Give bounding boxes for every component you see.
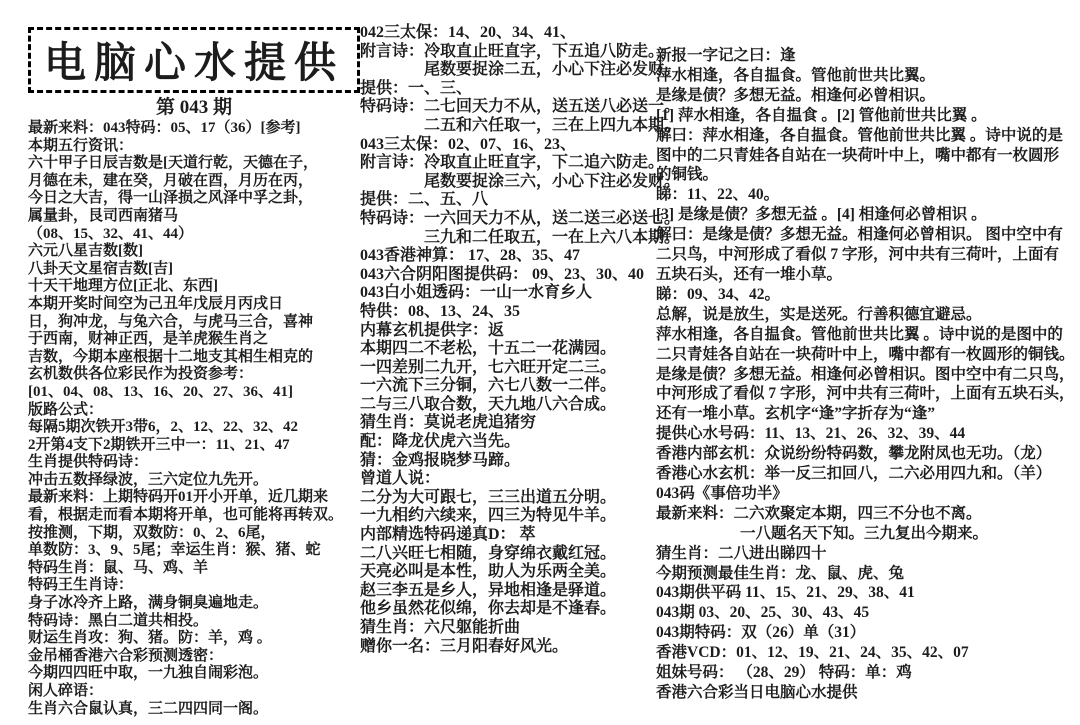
text-line: 二与三八取合数，天九地八六合成。 [360,396,670,415]
text-line: 附言诗：冷取直止旺直字，下五追八防走。 [360,43,670,62]
text-line: 睇：11、22、40。 [656,185,1080,205]
text-line: 特码王生肖诗： [28,577,360,595]
text-line: 本期四二不老松，十五二一花满园。 [360,340,670,359]
text-line: 解曰：萍水相逢，各自揾食。管他前世共比翼 。诗中说的是 [656,126,1080,146]
text-line: 五块石头，还有一堆小草。 [656,265,1080,285]
text-line: 香港内部玄机：众说纷纷特码数，攀龙附凤也无功。（龙） [656,444,1080,464]
text-line: [1] 萍水相逢，各自揾食 。[2] 管他前世共比翼 。 [656,106,1080,126]
page-title: 电脑心水提供 [44,30,344,90]
text-line: 043六合阴阳图提供码： 09、23、30、40 [360,266,670,285]
right-column: 新报一字记之曰：逢萍水相逢，各自揾食。管他前世共比翼。是缘是债？多想无益。相逢何… [656,46,1080,703]
right-column-lines: 新报一字记之曰：逢萍水相逢，各自揾食。管他前世共比翼。是缘是债？多想无益。相逢何… [656,46,1080,703]
middle-column: 042三太保：14、20、34、41、附言诗：冷取直止旺直字，下五追八防走。尾数… [360,24,670,656]
text-line: 今日之大吉，得一山泽损之风泽中孚之卦， [28,190,360,208]
text-line: 每隔5期次铁开3带6，2、12、22、32、42 [28,419,360,437]
text-line: 天亮必叫是本性，助人为乐两全美。 [360,563,670,582]
text-line: 萍水相逢，各自揾食。管他前世共比翼。 [656,66,1080,86]
text-line: 金吊桶香港六合彩预测透密： [28,648,360,666]
text-line: 一八题名天下知。三九复出今期来。 [656,524,1080,544]
left-column-lines: 最新来料：043特码：05、17（36）[参考]本期五行资讯：六十甲子日辰吉数是… [28,120,360,718]
text-line: 图中的二只青娃各自站在一块荷叶中上，嘴中都有一枚圆形 [656,146,1080,166]
text-line: 新报一字记之曰：逢 [656,46,1080,66]
text-line: 日，狗冲龙，与兔六合，与虎马三合，喜神 [28,314,360,332]
text-line: 冲击五数择绿波，三六定位九先开。 [28,472,360,490]
text-line: 解曰：是缘是债？多想无益。相逢何必曾相识。 图中空中有 [656,225,1080,245]
text-line: 附言诗：冷取直止旺直字，下二追六防走。 [360,154,670,173]
text-line: 他乡虽然花似绵，你去却是不逢春。 [360,600,670,619]
text-line: 香港六合彩当日电脑心水提供 [656,683,1080,703]
text-line: 还有一堆小草。玄机字“逢”字折存为“逢” [656,404,1080,424]
text-line: 萍水相逢，各自揾食。管他前世共比翼 。诗中说的是图中的 [656,325,1080,345]
title-box: 电脑心水提供 [28,27,360,93]
text-line: 特码诗：二七回天力不从，送五送八必送一。 [360,98,670,117]
text-line: 闲人碎语： [28,683,360,701]
text-line: 一四差别二九开，七六旺开定二三。 [360,359,670,378]
text-line: 的铜钱。 [656,165,1080,185]
text-line: 曾道人说： [360,470,670,489]
text-line: 本期五行资讯： [28,138,360,156]
text-line: 生肖提供特码诗： [28,454,360,472]
text-line: 财运生肖攻：狗、猪。防：羊，鸡 。 [28,630,360,648]
text-line: 按推测，下期，双数防：0、2、6尾， [28,525,360,543]
text-line: 043三太保：02、07、16、23、 [360,136,670,155]
text-line: 属量卦，艮司西南猪马 [28,208,360,226]
text-line: 今期四四旺中取，一九独自闹彩泡。 [28,665,360,683]
text-line: 六元八星吉数[数] [28,243,360,261]
text-line: 赵三李五是乡人，异地相逢是驿道。 [360,582,670,601]
text-line: 中河形成了看似 7 字形，河中共有三荷叶，上面有五块石头， [656,384,1080,404]
text-line: 三九和二任取五，一在上六八本期。 [360,229,670,248]
text-line: 042三太保：14、20、34、41、 [360,24,670,43]
text-line: [3] 是缘是债？多想无益 。[4] 相逢何必曾相识 。 [656,205,1080,225]
issue-heading: 第 043 期 [28,97,360,119]
text-line: 提供：一、三、 [360,80,670,99]
text-line: 配：降龙伏虎六当先。 [360,433,670,452]
text-line: 十天干地理方位[正北、东西] [28,278,360,296]
text-line: 提供：二、五、八 [360,191,670,210]
text-line: 特码生肖：鼠、马、鸡、羊 [28,560,360,578]
text-line: 赠你一名：三月阳春好风光。 [360,638,670,657]
middle-column-lines: 042三太保：14、20、34、41、附言诗：冷取直止旺直字，下五追八防走。尾数… [360,24,670,656]
text-line: 香港心水玄机：举一反三扣回八，二六必用四九和。（羊） [656,464,1080,484]
text-line: 八卦天文星宿吉数[吉] [28,261,360,279]
text-line: 二分为大可跟七，三三出道五分明。 [360,489,670,508]
text-line: 单数防：3、9、5尾；幸运生肖：猴、猪、蛇 [28,542,360,560]
text-line: 尾数要捉涂二五，小心下注必发财。 [360,61,670,80]
text-line: 月德在未，建在癸，月破在酉，月历在丙， [28,173,360,191]
text-line: 于西南，财神正西，是羊虎猴生肖之 [28,331,360,349]
text-line: [01、04、08、13、16、20、27、36、41] [28,384,360,402]
text-line: 猜生肖：二八进出睇四十 [656,544,1080,564]
text-line: 最新来料：上期特码开01开小开单，近几期来 [28,489,360,507]
text-line: 玄机数供各位彩民作为投资参考： [28,366,360,384]
text-line: 版路公式： [28,402,360,420]
text-line: 043香港神算： 17、28、35、47 [360,247,670,266]
text-line: 猜生肖：莫说老虎追猪穷 [360,414,670,433]
text-line: 二五和六任取一，三在上四九本期。 [360,117,670,136]
text-line: 生肖六合鼠认真，三二四四同一阁。 [28,701,360,719]
text-line: （08、15、32、41、44） [28,226,360,244]
text-line: 最新来料：043特码：05、17（36）[参考] [28,120,360,138]
text-line: 吉数，今期本座根据十二地支其相生相克的 [28,349,360,367]
text-line: 今期预测最佳生肖：龙、鼠、虎、兔 [656,564,1080,584]
text-line: 六十甲子日辰吉数是[天道行乾，天德在子， [28,155,360,173]
text-line: 043白小姐透码：一山一水育乡人 [360,284,670,303]
text-line: 本期开奖时间空为己丑年戊辰月丙戌日 [28,296,360,314]
text-line: 猜：金鸡报晓梦马蹄。 [360,452,670,471]
text-line: 一六流下三分铜，六七八数一二伴。 [360,377,670,396]
text-line: 总解，说是放生，实是送死。行善积德宜避忌。 [656,305,1080,325]
text-line: 043码《事倍功半》 [656,484,1080,504]
text-line: 提供心水号码：11、13、21、26、32、39、44 [656,424,1080,444]
text-line: 身子冰冷齐上路，满身铜臭遍地走。 [28,595,360,613]
text-line: 睇：09、34、42。 [656,285,1080,305]
text-line: 特码诗：黑白二道共相投。 [28,613,360,631]
text-line: 043期 03、20、25、30、43、45 [656,603,1080,623]
text-line: 一九相约六续来，四三为特见牛羊。 [360,507,670,526]
text-line: 043期特码：双（26）单（31） [656,623,1080,643]
text-line: 特码诗：一六回天力不从，送二送三必送七。 [360,210,670,229]
text-line: 是缘是债？多想无益。相逢何必曾相识。 [656,86,1080,106]
text-line: 看，根据走而看本期将开单，也可能将再转双。 [28,507,360,525]
text-line: 2开第4支下2期铁开三中一：11、21、47 [28,437,360,455]
text-line: 是缘是债？多想无益。相逢何必曾相识。图中空中有二只鸟， [656,365,1080,385]
text-line: 二八兴旺七相随，身穿绵衣戴红冠。 [360,545,670,564]
text-line: 姐妹号码： （28、29） 特码：单：鸡 [656,663,1080,683]
text-line: 二只青娃各自站在一块荷叶中上，嘴中都有一枚圆形的铜钱。 [656,345,1080,365]
left-column: 电脑心水提供 第 043 期 最新来料：043特码：05、17（36）[参考]本… [28,27,360,718]
text-line: 二只鸟，中河形成了看似 7 字形，河中共有三荷叶，上面有 [656,245,1080,265]
text-line: 尾数要捉涂三六，小心下注必发财。 [360,173,670,192]
text-line: 猜生肖：六尺躯能折曲 [360,619,670,638]
text-line: 香港VCD：01、12、19、21、24、35、42、07 [656,643,1080,663]
text-line: 特供：08、13、24、35 [360,303,670,322]
text-line: 内部精选特码递真D： 萃 [360,526,670,545]
text-line: 内幕玄机提供字：返 [360,322,670,341]
text-line: 最新来料：二六欢聚定本期，四三不分也不离。 [656,504,1080,524]
text-line: 043期供平码 11、15、21、29、38、41 [656,583,1080,603]
